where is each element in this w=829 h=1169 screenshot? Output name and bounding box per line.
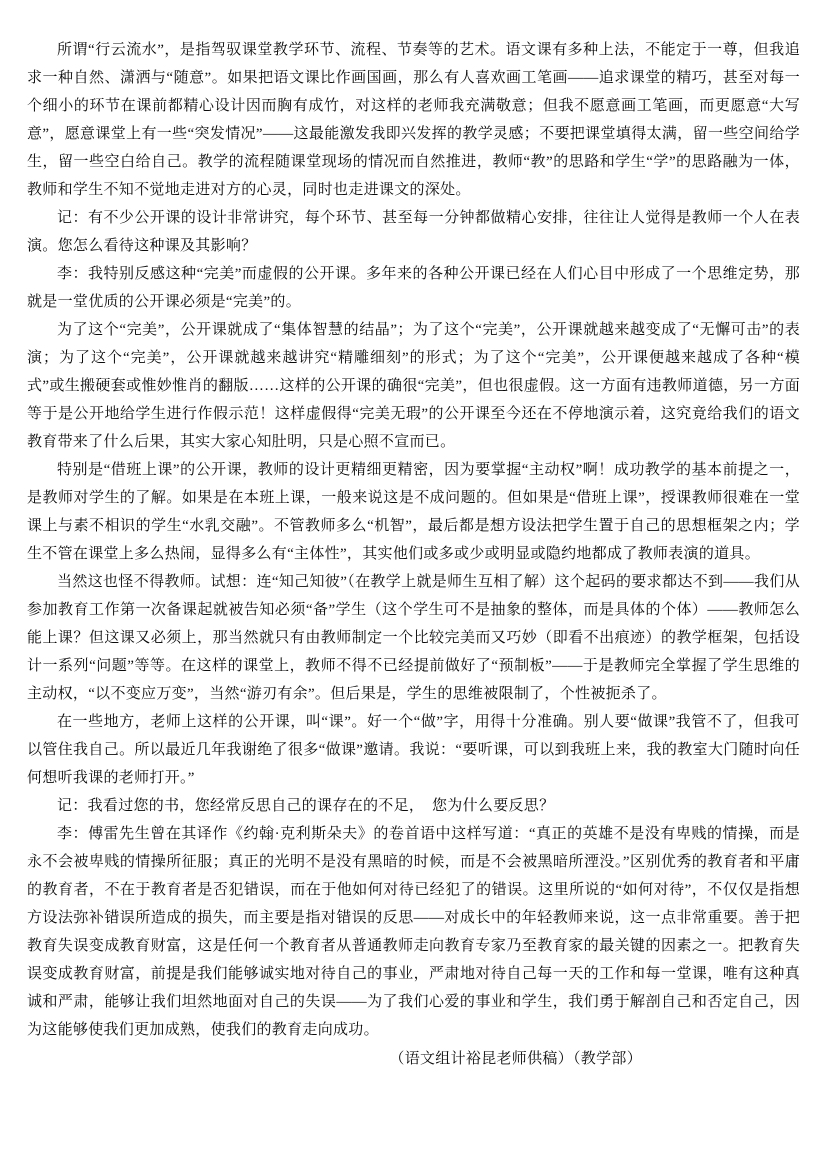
paragraph-li-answer-4: 当然这也怪不得教师。试想：连“知己知彼”（在教学上就是师生互相了解）这个起码的要… xyxy=(27,568,800,708)
paragraph-reporter-question-2: 记：我看过您的书，您经常反思自己的课存在的不足， 您为什么要反思？ xyxy=(27,792,800,820)
paragraph-li-answer-3: 特别是“借班上课”的公开课，教师的设计更精细更精密，因为要掌握“主动权”啊！成功… xyxy=(27,456,800,568)
paragraph-li-answer-5: 在一些地方，老师上这样的公开课，叫“课”。好一个“做”字，用得十分准确。别人要“… xyxy=(27,708,800,792)
paragraph-reporter-question-1: 记：有不少公开课的设计非常讲究，每个环节、甚至每一分钟都做精心安排，往往让人觉得… xyxy=(27,204,800,260)
paragraph-li-answer-2: 为了这个“完美”，公开课就成了“集体智慧的结晶”；为了这个“完美”，公开课就越来… xyxy=(27,316,800,456)
paragraph-li-answer-1: 李：我特别反感这种“完美”而虚假的公开课。多年来的各种公开课已经在人们心目中形成… xyxy=(27,260,800,316)
document-page: 所谓“行云流水”，是指驾驭课堂教学环节、流程、节奏等的艺术。语文课有多种上法，不… xyxy=(0,0,829,1169)
attribution-line: （语文组计裕昆老师供稿）（教学部） xyxy=(27,1044,800,1074)
paragraph-li-answer-6: 李：傅雷先生曾在其译作《约翰·克利斯朵夫》的卷首语中这样写道：“真正的英雄不是没… xyxy=(27,820,800,1044)
article-body: 所谓“行云流水”，是指驾驭课堂教学环节、流程、节奏等的艺术。语文课有多种上法，不… xyxy=(0,0,829,1074)
paragraph-teaching-style: 所谓“行云流水”，是指驾驭课堂教学环节、流程、节奏等的艺术。语文课有多种上法，不… xyxy=(27,36,800,204)
